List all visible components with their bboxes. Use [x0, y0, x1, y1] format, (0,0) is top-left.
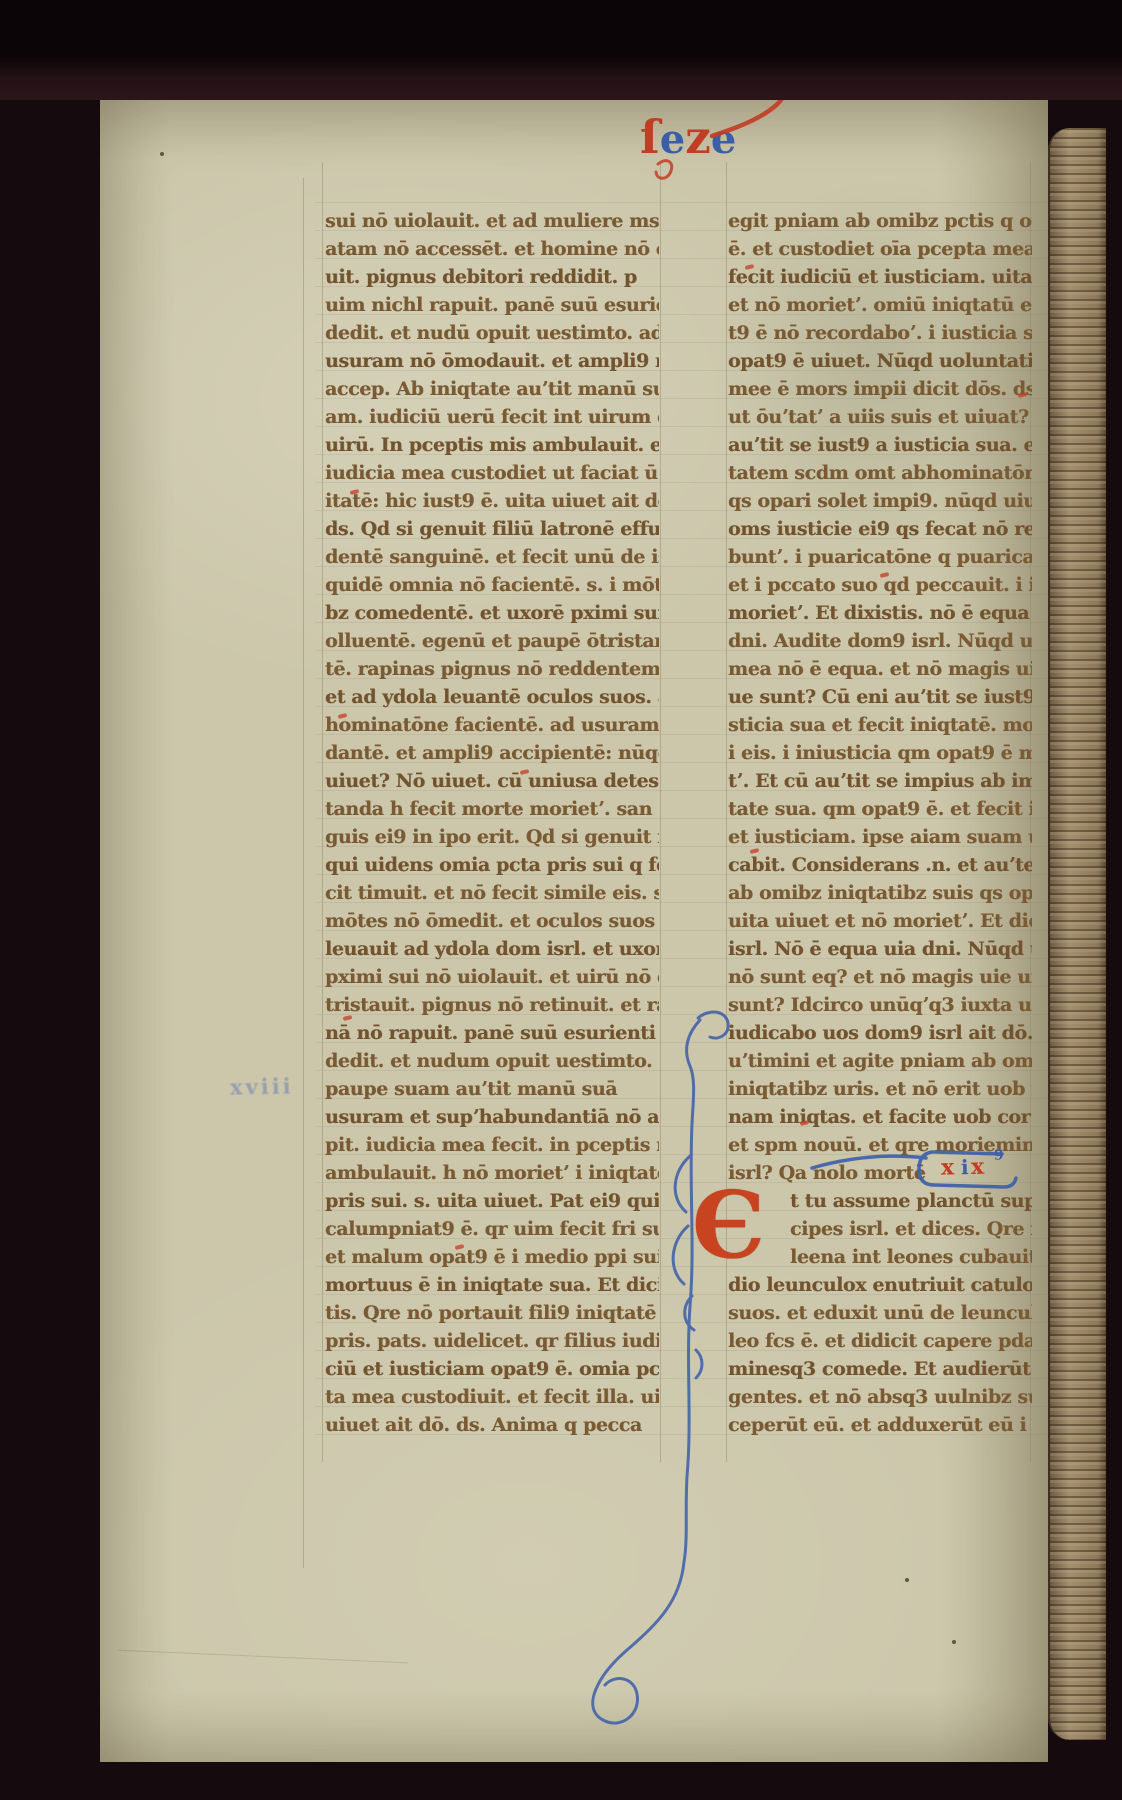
- text-line: ē. et custodiet oīa pcepta mea. et: [728, 235, 1032, 263]
- text-line: uirū. In pceptis mis ambulauit. et: [325, 431, 659, 459]
- running-title-letter: e: [711, 120, 736, 160]
- text-line: quidē omnia nō facientē. s. i mōti: [325, 571, 659, 599]
- text-line: ds. Qd si genuit filiū latronē effun: [325, 515, 659, 543]
- column-rule-left-a: [322, 162, 323, 1462]
- text-line: et iusticiam. ipse aiam suam uiui: [728, 823, 1032, 851]
- text-line: mea nō ē equa. et nō magis uie ure p: [728, 655, 1032, 683]
- text-line: iudicabo uos dom9 isrl ait dō. ds. Cō: [728, 1019, 1032, 1047]
- text-line: sui nō uiolauit. et ad muliere mstru: [325, 207, 659, 235]
- text-line: tristauit. pignus nō retinuit. et rapi: [325, 991, 659, 1019]
- text-line: et ad ydola leuantē oculos suos. ab: [325, 683, 659, 711]
- text-line: usuram nō ōmodauit. et ampli9 nō: [325, 347, 659, 375]
- text-line: auʼtit se iust9 a iusticia sua. et fecit…: [728, 431, 1032, 459]
- ink-speck: [160, 152, 164, 156]
- text-line: isrl. Nō ē equa uia dni. Nūqd uie mee: [728, 935, 1032, 963]
- text-line: dantē. et ampli9 accipientē: nūqd: [325, 739, 659, 767]
- text-line: pris. pats. uidelicet. qr filius iudi: [325, 1327, 659, 1355]
- text-line: tis. Qre nō portauit fili9 iniqtatē: [325, 1299, 659, 1327]
- ink-speck: [905, 1578, 909, 1582]
- text-line: bz comedentē. et uxorē pximi sui p: [325, 599, 659, 627]
- text-line: ue sunt? Cū eni auʼtit se iust9 a iu: [728, 683, 1032, 711]
- text-line: ciū et iusticiam opat9 ē. omia pcep: [325, 1355, 659, 1383]
- text-line: t9 ē nō recordaboʼ. i iusticia sua qm: [728, 319, 1032, 347]
- text-line: et malum opat9 ē i medio ppi sui. ecce: [325, 1243, 659, 1271]
- text-line: uiuet ait dō. ds. Anima q pecca: [325, 1411, 659, 1439]
- text-line: i eis. i iniusticia qm opat9 ē morie: [728, 739, 1032, 767]
- text-line: tʼ. Et cū auʼtit se impius ab impie: [728, 767, 1032, 795]
- text-line: buntʼ. i puaricatōne q puaricat9 ē: [728, 543, 1032, 571]
- text-line: tē. rapinas pignus nō reddentem: [325, 655, 659, 683]
- text-line: cit timuit. et nō fecit simile eis. sup: [325, 879, 659, 907]
- text-line: qui uidens omia pcta pris sui q fe: [325, 851, 659, 879]
- text-line: dedit. et nudum opuit uestimto. a: [325, 1047, 659, 1075]
- text-column-left: sui nō uiolauit. et ad muliere mstruatam…: [325, 207, 659, 1439]
- text-line: tatem scdm omt abhominatōnes: [728, 459, 1032, 487]
- text-line: suos. et eduxit unū de leunculis: [728, 1299, 1032, 1327]
- text-line: mortuus ē in iniqtate sua. Et dici: [325, 1271, 659, 1299]
- text-line: ta mea custodiuit. et fecit illa. uita: [325, 1383, 659, 1411]
- text-line: tate sua. qm opat9 ē. et fecit iudiciū: [728, 795, 1032, 823]
- text-line: sunt? Idcirco unūqʼq3 iuxta uias suas: [728, 991, 1032, 1019]
- text-line: oms iusticie ei9 qs fecat nō recorda: [728, 515, 1032, 543]
- text-line: t tu assume planctū sup pn: [728, 1187, 1032, 1215]
- text-line: nā nō rapuit. panē suū esurienti: [325, 1019, 659, 1047]
- text-line: dedit. et nudū opuit uestimto. ad: [325, 319, 659, 347]
- text-line: atam nō accessēt. et homine nō ōtsta: [325, 235, 659, 263]
- text-line: morietʼ. Et dixistis. nō ē equa uia: [728, 599, 1032, 627]
- text-line: am. iudiciū uerū fecit int uirum et: [325, 403, 659, 431]
- text-line: egit pniam ab omibz pctis q opat9: [728, 207, 1032, 235]
- text-line: nō sunt eq? et nō magis uie ure praue: [728, 963, 1032, 991]
- chapter-numeral-letter: x: [941, 1154, 955, 1180]
- text-line: guis ei9 in ipo erit. Qd si genuit filiū: [325, 823, 659, 851]
- text-line: olluentē. egenū et paupē ōtristan: [325, 627, 659, 655]
- text-line: uit. pignus debitori reddidit. p: [325, 263, 659, 291]
- text-line: nam iniqtas. et facite uob cor nouū: [728, 1103, 1032, 1131]
- running-title: ſeze: [640, 104, 736, 160]
- text-line: hominatōne facientē. ad usuram: [325, 711, 659, 739]
- chapter-numeral-letter: x: [971, 1154, 985, 1180]
- text-line: leena int leones cubauit? In me: [728, 1243, 1032, 1271]
- text-line: iudicia mea custodiet ut faciat ū: [325, 459, 659, 487]
- margin-chapter-note: xviii: [230, 1073, 294, 1099]
- backdrop-top-band: [0, 0, 1122, 100]
- chapter-numeral-letter: i: [961, 1155, 969, 1179]
- text-line: pris sui. s. uita uiuet. Pat ei9 qui: [325, 1187, 659, 1215]
- text-line: cipes isrl. et dices. Qre mat: [728, 1215, 1032, 1243]
- text-line: accep. Ab iniqtate auʼtit manū su: [325, 375, 659, 403]
- text-line: opat9 ē uiuet. Nūqd uoluntatis: [728, 347, 1032, 375]
- photo-backdrop: ſeze sui nō uiolauit. et ad muliere mstr…: [0, 0, 1122, 1800]
- text-line: qs opari solet impi9. nūqd uiuet?: [728, 487, 1032, 515]
- text-line: cabit. Considerans .n. et auʼtens se: [728, 851, 1032, 879]
- running-title-letter: ſ: [640, 114, 660, 160]
- text-line: ut ōuʼtatʼ a uiis suis et uiuat? Si aū: [728, 403, 1032, 431]
- running-title-letter: e: [660, 120, 685, 160]
- text-line: pximi sui nō uiolauit. et uirū nō con: [325, 963, 659, 991]
- text-line: paupe suam auʼtit manū suā: [325, 1075, 659, 1103]
- text-line: dio leunculox enutriuit catulos: [728, 1271, 1032, 1299]
- text-column-right: egit pniam ab omibz pctis q opat9ē. et c…: [728, 207, 1032, 1439]
- parchment-crease-diagonal: [118, 1650, 408, 1664]
- text-line: uiuet? Nō uiuet. cū uniusa detes: [325, 767, 659, 795]
- text-line: itatē: hic iust9 ē. uita uiuet ait dō.: [325, 487, 659, 515]
- text-line: ambulauit. h nō morietʼ i iniqtate: [325, 1159, 659, 1187]
- parchment-crease-vertical: [303, 178, 304, 1568]
- text-line: pit. iudicia mea fecit. in pceptis mis: [325, 1131, 659, 1159]
- text-line: dentē sanguinē. et fecit unū de istis. e…: [325, 543, 659, 571]
- running-title-letter: z: [685, 115, 711, 160]
- text-line: et nō morietʼ. omiū iniqtatū ei9 qs opa: [728, 291, 1032, 319]
- text-line: ab omibz iniqtatibz suis qs opat9 ē: [728, 879, 1032, 907]
- text-line: usuram et supʼhabundantiā nō acce: [325, 1103, 659, 1131]
- text-line: iniqtatibz uris. et nō erit uob i rui: [728, 1075, 1032, 1103]
- chapter-numeral: xix9: [928, 1145, 1021, 1189]
- text-line: leo fcs ē. et didicit capere pdam. ho: [728, 1327, 1032, 1355]
- text-line: uita uiuet et nō morietʼ. Et dicūt filii: [728, 907, 1032, 935]
- text-line: sticia sua et fecit iniqtatē. morietʼ: [728, 711, 1032, 739]
- text-line: ceperūt eū. et adduxerūt eū i cathenis: [728, 1411, 1032, 1439]
- text-line: tanda h fecit morte morietʼ. san: [325, 795, 659, 823]
- text-line: uim nichl rapuit. panē suū esuriēti: [325, 291, 659, 319]
- text-line: minesq3 comede. Et audierūt de eo: [728, 1355, 1032, 1383]
- text-line: mee ē mors impii dicit dōs. ds. et nō: [728, 375, 1032, 403]
- text-line: dni. Audite dom9 isrl. Nūqd uia: [728, 627, 1032, 655]
- text-line: uʼtimini et agite pniam ab omibz: [728, 1047, 1032, 1075]
- column-rule-left-b: [660, 162, 661, 1462]
- text-line: mōtes nō ōmedit. et oculos suos nō: [325, 907, 659, 935]
- text-line: calumpniat9 ē. qr uim fecit fri suo: [325, 1215, 659, 1243]
- text-line: gentes. et nō absq3 uulnibz suis: [728, 1383, 1032, 1411]
- illuminated-initial: Є: [692, 1178, 750, 1274]
- manuscript-page: ſeze sui nō uiolauit. et ad muliere mstr…: [100, 100, 1048, 1762]
- chapter-numeral-letter: 9: [994, 1147, 1004, 1163]
- ink-speck: [952, 1640, 956, 1644]
- book-fore-edge: [1048, 128, 1106, 1740]
- text-line: fecit iudiciū et iusticiam. uita uiuet: [728, 263, 1032, 291]
- text-line: leuauit ad ydola dom isrl. et uxorē: [325, 935, 659, 963]
